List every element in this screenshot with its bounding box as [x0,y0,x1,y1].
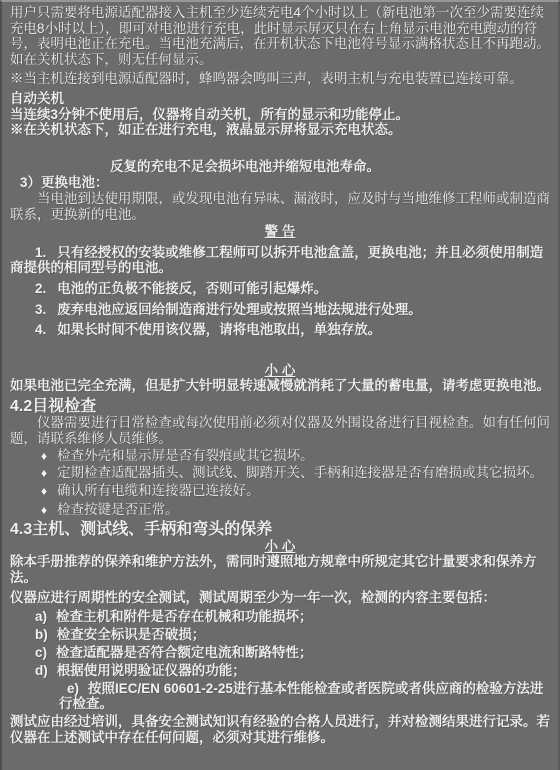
list-marker: d) [35,663,48,678]
bullet-text: 确认所有电缆和连接器已连接好。 [57,483,260,498]
manual-page: 用户只需要将电源适配器接入主机至少连续充电4个小时以上（新电池第一次至少需要连续… [0,0,560,770]
warning-item: 1.只有经授权的安装或维修工程师可以拆开电池盒盖，更换电池；并且必须使用制造商提… [10,245,550,276]
check-item-text: 检查安全标识是否破损； [57,627,206,642]
warning-item-text: 电池的正负极不能接反，否则可能引起爆炸。 [57,281,327,296]
warning-item-text: 废弃电池应返回给制造商进行处理或按照当地法规进行处理。 [57,302,422,317]
list-marker: e) [67,681,79,696]
check-item: c)检查适配器是否符合额定电流和断路特性； [10,645,550,661]
inspection-bullet: ♦定期检查适配器插头、测试线、脚踏开关、手柄和连接器是否有磨损或其它损坏。 [32,465,550,482]
check-item-text: 检查主机和附件是否存在机械和功能损坏； [56,609,313,624]
section-4-3-heading: 4.3主机、测试线、手柄和弯头的保养 [10,522,550,538]
check-item-text: 按照IEC/EN 60601-2-25进行基本性能检查或者医院或者供应商的检验方… [59,681,543,712]
warning-item: 4.如果长时间不使用该仪器，请将电池取出，单独存放。 [10,322,550,338]
auto-shutdown-text: 当连续3分钟不使用后，仪器将自动关机，所有的显示和功能停止。 [10,107,550,123]
list-marker: 3. [35,302,46,317]
diamond-bullet-icon: ♦ [41,449,47,463]
maintenance-caution-text: 除本手册推荐的保养和维护方法外，需同时遵照地方规章中所规定其它计量要求和保养方法… [10,554,550,585]
check-item: a)检查主机和附件是否存在机械和功能损坏； [10,609,550,625]
replace-battery-heading: 3）更换电池： [10,175,550,191]
section-4-2-intro: 仪器需要进行日常检查或每次使用前必须对仪器及外围设备进行目视检查。如有任何问题，… [10,415,550,446]
caution-title: 小 心 [10,363,550,379]
bullet-text: 检查外壳和显示屏是否有裂痕或其它损坏。 [57,448,314,463]
list-marker: 1. [35,245,46,260]
bullet-text: 检查按键是否正常。 [57,502,179,517]
list-marker: a) [35,609,47,624]
diamond-bullet-icon: ♦ [41,466,47,480]
list-marker: b) [35,627,48,642]
inspection-bullet: ♦确认所有电缆和连接器已连接好。 [32,483,550,500]
bullet-text: 定期检查适配器插头、测试线、脚踏开关、手柄和连接器是否有磨损或其它损坏。 [57,465,543,480]
charge-insufficiency-warning: 反复的充电不足会损坏电池并缩短电池寿命。 [10,159,480,175]
warning-item: 2.电池的正负极不能接反，否则可能引起爆炸。 [10,281,550,297]
list-marker: 2. [35,281,46,296]
caution-text: 如果电池已完全充满，但是扩大针明显转速减慢就消耗了大量的蓄电量，请考虑更换电池。 [10,378,550,394]
check-item: b)检查安全标识是否破损； [10,627,550,643]
diamond-bullet-icon: ♦ [41,503,47,517]
check-item: d)根据使用说明验证仪器的功能； [10,663,550,679]
charging-paragraph: 用户只需要将电源适配器接入主机至少连续充电4个小时以上（新电池第一次至少需要连续… [10,5,550,67]
inspection-bullet: ♦检查按键是否正常。 [32,502,550,519]
caution-title-2: 小 心 [10,539,550,555]
check-item-text: 根据使用说明验证仪器的功能； [57,663,246,678]
section-4-2-heading: 4.2目视检查 [10,399,550,415]
warning-item-text: 如果长时间不使用该仪器，请将电池取出，单独存放。 [57,322,381,337]
test-personnel-text: 测试应由经过培训，具备安全测试知识有经验的合格人员进行，并对检测结果进行记录。若… [10,714,550,745]
warning-item-text: 只有经授权的安装或维修工程师可以拆开电池盒盖，更换电池；并且必须使用制造商提供的… [10,245,543,276]
auto-shutdown-heading: 自动关机 [10,91,550,107]
diamond-bullet-icon: ♦ [41,484,47,498]
charging-note: ※当主机连接到电源适配器时，蜂鸣器会鸣叫三声，表明主机与充电装置已连接可靠。 [10,71,550,87]
inspection-bullet: ♦检查外壳和显示屏是否有裂痕或其它损坏。 [32,448,550,465]
check-item-text: 检查适配器是否符合额定电流和断路特性； [56,645,313,660]
warning-title: 警 告 [10,224,550,240]
shutdown-charging-note: ※在关机状态下，如正在进行充电，液晶显示屏将显示充电状态。 [10,122,550,138]
list-marker: c) [35,645,47,660]
warning-item: 3.废弃电池应返回给制造商进行处理或按照当地法规进行处理。 [10,302,550,318]
check-item-e: e)按照IEC/EN 60601-2-25进行基本性能检查或者医院或者供应商的检… [59,681,550,712]
list-marker: 4. [35,322,46,337]
periodic-test-text: 仪器应进行周期性的安全测试，测试周期至少为一年一次，检测的内容主要包括： [10,590,550,606]
replace-battery-text: 当电池到达使用期限，或发现电池有异味、漏液时，应及时与当地维修工程师或制造商联系… [10,191,550,222]
